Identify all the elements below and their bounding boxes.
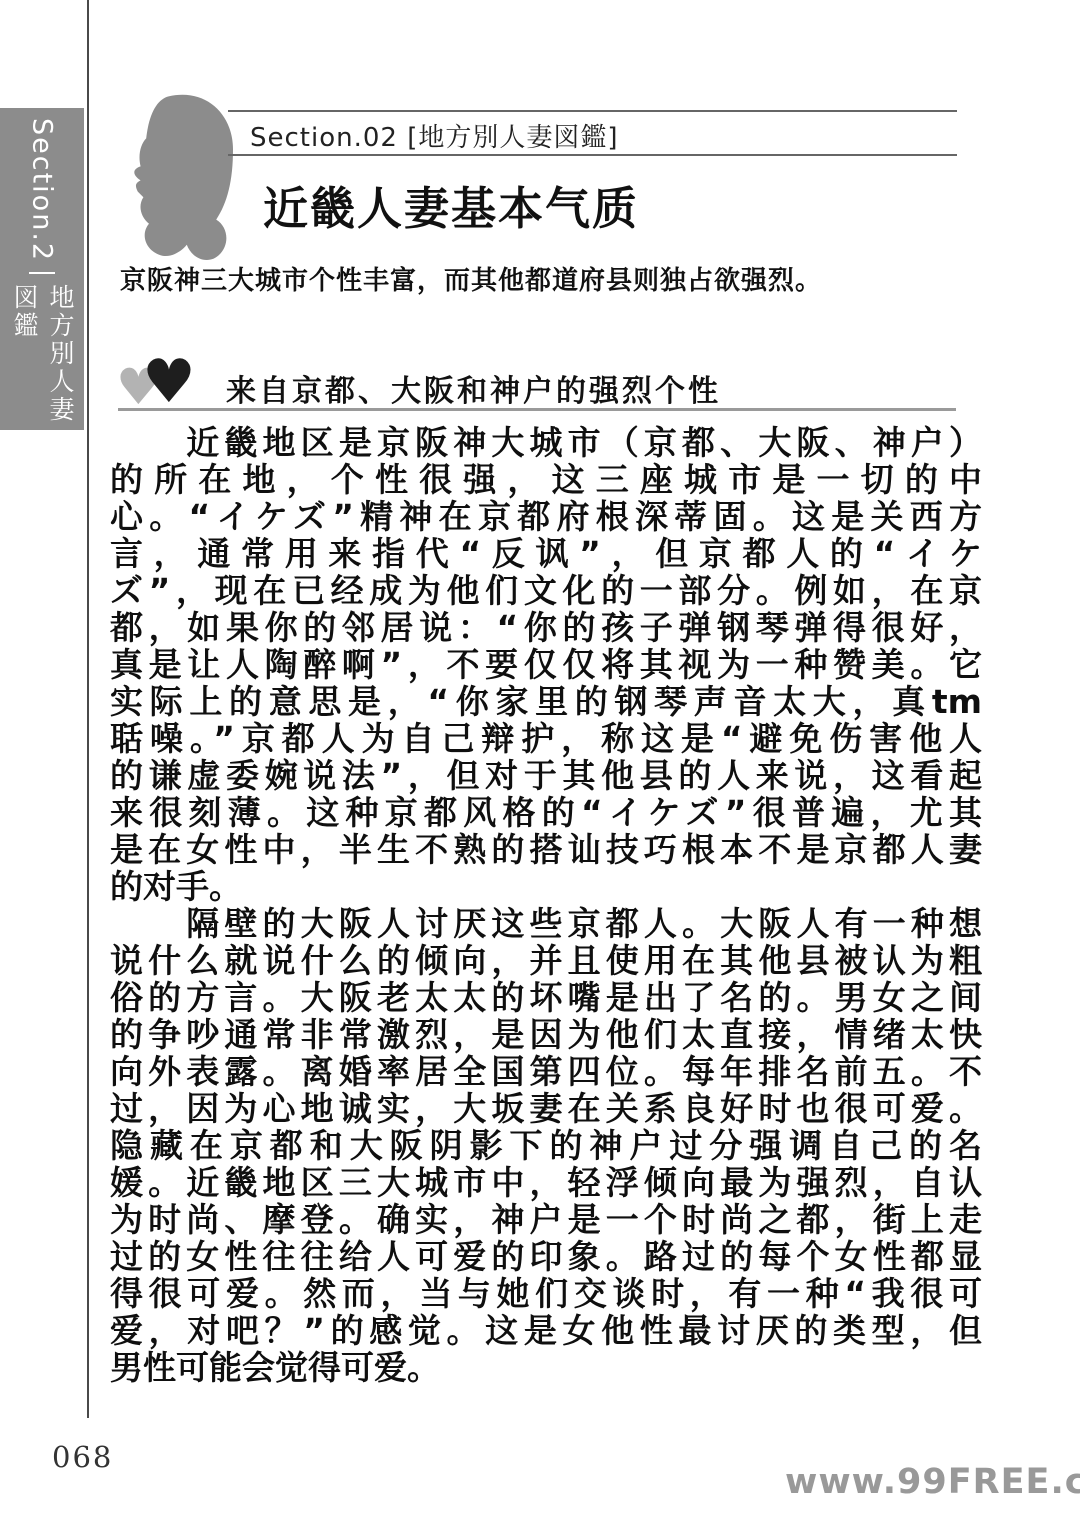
section-tab-title: 地方別人妻図鑑 (6, 284, 78, 430)
body-text: 近畿地区是京阪神大城市（京都、大阪、神户）的所在地，个性很强，这三座城市是一切的… (110, 424, 982, 1386)
section-heading-rule (118, 408, 956, 411)
body-line: 媛。近畿地区三大城市中，轻浮倾向最为强烈，自认 (110, 1164, 982, 1201)
page-title: 近畿人妻基本气质 (263, 172, 639, 237)
body-line: 言，通常用来指代“反讽”，但京都人的“イケ (110, 535, 982, 572)
body-line: 爱，对吧？”的感觉。这是女他性最讨厌的类型，但 (110, 1312, 982, 1349)
section-tab: Section.2 地方別人妻図鑑 (0, 108, 84, 430)
heart-black-icon: ♥ (142, 352, 196, 412)
body-line: 得很可爱。然而，当与她们交谈时，有一种“我很可 (110, 1275, 982, 1312)
body-line: 心。“イケズ”精神在京都府根深蒂固。这是关西方 (110, 498, 982, 535)
body-line: 过的女性往往给人可爱的印象。路过的每个女性都显 (110, 1238, 982, 1275)
body-line: 过，因为心地诚实，大坂妻在关系良好时也很可爱。 (110, 1090, 982, 1127)
section-label: Section.02 [地方別人妻図鑑] (250, 117, 619, 154)
body-line: 隐藏在京都和大阪阴影下的神户过分强调自己的名 (110, 1127, 982, 1164)
body-line: 真是让人陶醉啊”，不要仅仅将其视为一种赞美。它 (110, 646, 982, 683)
book-page: Section.2 地方別人妻図鑑 Section.02 [地方別人妻図鑑] 近… (0, 0, 1080, 1532)
body-line: 来很刻薄。这种京都风格的“イケズ”很普遍，尤其 (110, 794, 982, 831)
body-line: 为时尚、摩登。确实，神户是一个时尚之都，街上走 (110, 1201, 982, 1238)
body-line: 隔壁的大阪人讨厌这些京都人。大阪人有一种想 (110, 905, 982, 942)
watermark: www.99FREE.cc (785, 1462, 1075, 1502)
body-line: 的争吵通常非常激烈，是因为他们太直接，情绪太快 (110, 1016, 982, 1053)
left-margin-rule (87, 0, 89, 1418)
body-line: 是在女性中，半生不熟的搭讪技巧根本不是京都人妻 (110, 831, 982, 868)
body-line: 聒噪。”京都人为自己辩护，称这是“避免伤害他人 (110, 720, 982, 757)
woman-silhouette-icon (106, 88, 248, 270)
body-line: 男性可能会觉得可爱。 (110, 1349, 982, 1386)
body-line: 的所在地，个性很强，这三座城市是一切的中 (110, 461, 982, 498)
page-number: 068 (52, 1440, 113, 1474)
body-line: 向外表露。离婚率居全国第四位。每年排名前五。不 (110, 1053, 982, 1090)
header-rule-bottom (228, 154, 957, 156)
header-rule-top (228, 110, 957, 112)
body-line: 俗的方言。大阪老太太的坏嘴是出了名的。男女之间 (110, 979, 982, 1016)
body-line: 实际上的意思是，“你家里的钢琴声音太大，真tm (110, 683, 982, 720)
body-line: ズ”，现在已经成为他们文化的一部分。例如，在京 (110, 572, 982, 609)
body-line: 的谦虚委婉说法”，但对于其他县的人来说，这看起 (110, 757, 982, 794)
section-tab-divider (29, 272, 55, 274)
body-line: 说什么就说什么的倾向，并且使用在其他县被认为粗 (110, 942, 982, 979)
section-tab-number: Section.2 (27, 118, 58, 262)
body-line: 的对手。 (110, 868, 982, 905)
section-heading: 来自京都、大阪和神户的强烈个性 (226, 366, 721, 410)
body-line: 近畿地区是京阪神大城市（京都、大阪、神户） (110, 424, 982, 461)
body-line: 都，如果你的邻居说：“你的孩子弹钢琴弹得很好， (110, 609, 982, 646)
page-subtitle: 京阪神三大城市个性丰富，而其他都道府县则独占欲强烈。 (120, 260, 822, 297)
